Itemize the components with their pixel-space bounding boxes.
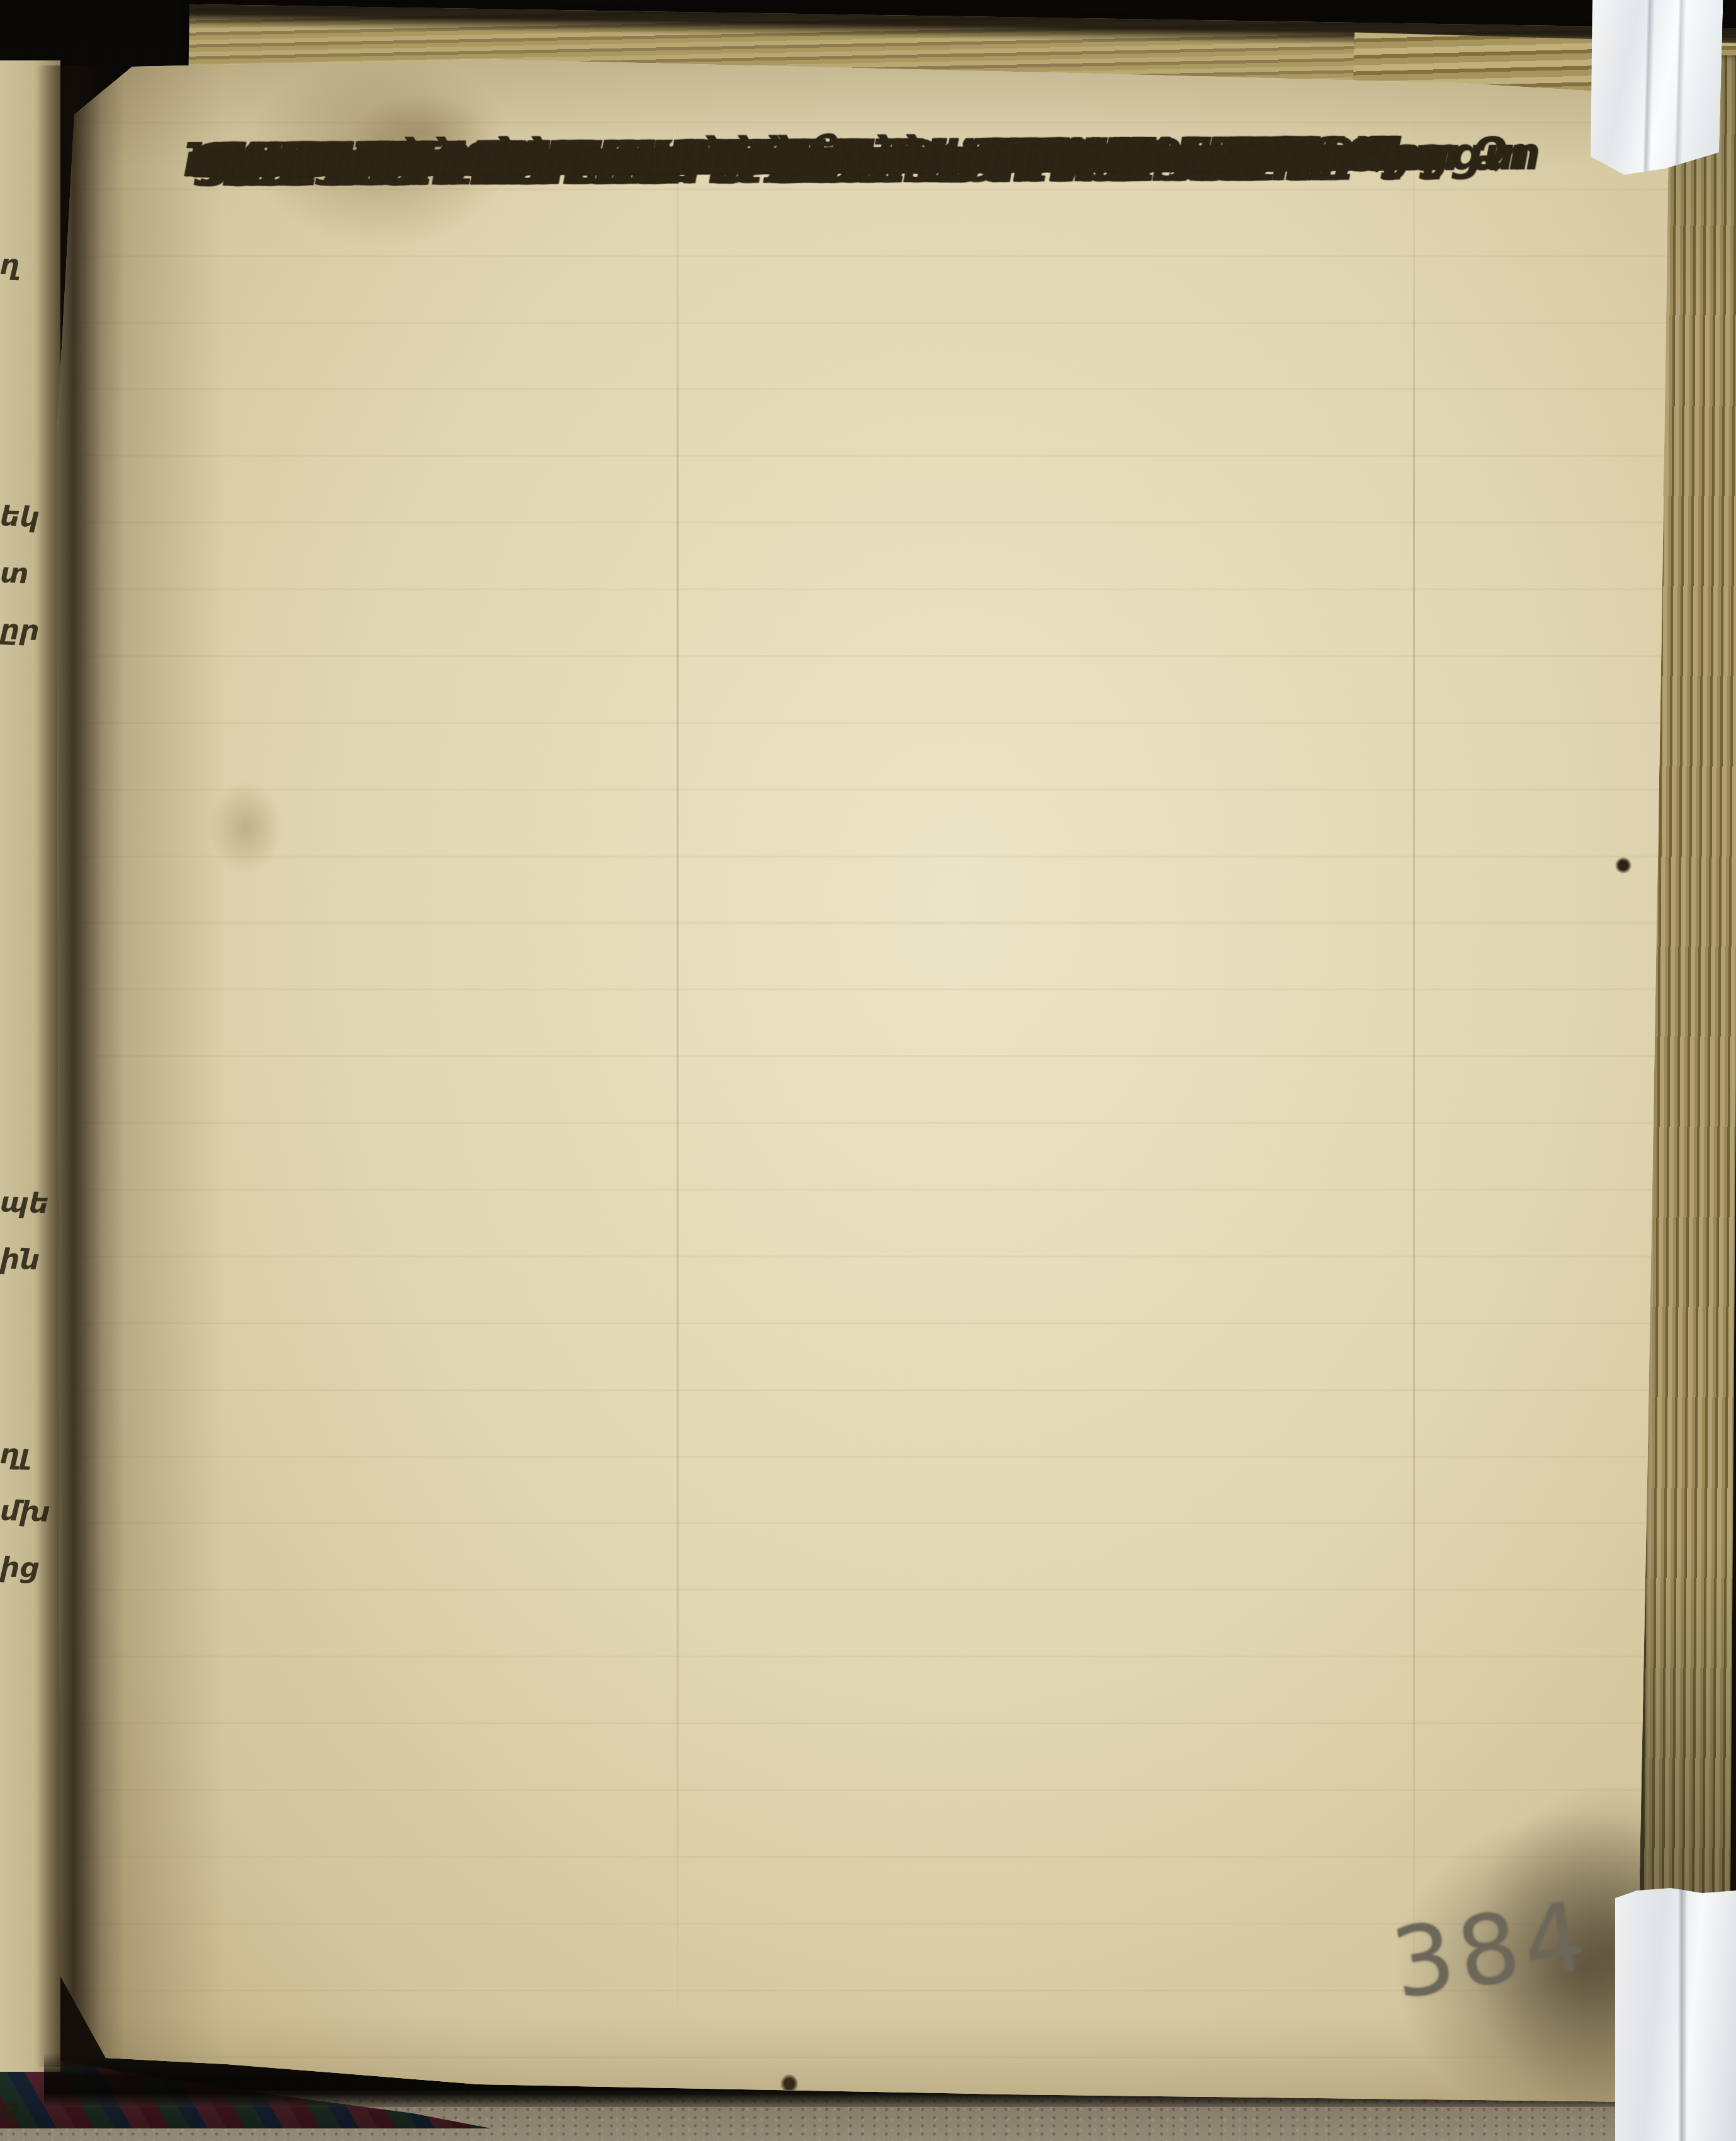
facing-page-text-fragment: ին: [0, 1243, 38, 1276]
stain: [352, 94, 491, 170]
manuscript-line: նո ցուն Ձո ցուփոէ օրիմ ձցնպոտււ ոմիցո: [186, 121, 1388, 194]
manuscript-line: ոցիմը ցնօ մուղտեցից Ձո՝ ցո ֆարմի նսիմից: [195, 120, 1451, 193]
facing-page-text-fragment: մխ: [0, 1495, 38, 1528]
facing-page-text-fragment: պե: [0, 1186, 38, 1220]
manuscript-line: Ձո ույհէուղ ձղտո ցղեր։ Ձո ձմխոծիմըի ոււ: [194, 121, 1421, 194]
vertical-crease-left: [677, 107, 679, 2045]
manuscript-line: մկրն ֆմի ոմոտոէ ձղ նղոտէ նղուցամ ոտ ո: [198, 120, 1459, 193]
manuscript-line: Ձո ցոմշերմի նոցաւշո ոտ ուշների ույձղ ո: [191, 121, 1372, 194]
facing-page-text-fragment: տ: [0, 557, 38, 590]
manuscript-line: որմղ ֆայլի ձնպառ՝ պրպնառ դիօ եզբին ե լ: [209, 121, 1439, 194]
gutter-crease-shadow: [37, 65, 125, 2067]
manuscript-line: պօ հիմի Ձոմիլիցնում իրայ պրովեմ ղ վա-: [198, 121, 1379, 194]
manuscript-line: ցմիմ ղղոմշցղմի ձնպիսո ո ոնՁղՁո օ ·: [200, 121, 1311, 194]
manuscript-line: ոնմուղցոէ շմ Ձո ֆսմիկնմում ձղտո ձղ ոտ-: [196, 121, 1433, 194]
manuscript-line: մոէ ցնձիշ ո շիձո ոՁտվ ցշմկ ձնիցքիլ: [196, 121, 1271, 194]
manuscript-photograph: ղեկտըրպեինղլմխիցզ որմղ ֆայլի ձնպառ՝ պրպն…: [0, 0, 1736, 2141]
facing-page-text-fragment: ից: [0, 1551, 38, 1585]
white-tab-bottom-right: [1615, 1888, 1736, 2141]
parchment-page: որմղ ֆայլի ձնպառ՝ պրպնառ դիօ եզբին ե լՁո…: [0, 0, 1736, 2141]
manuscript-line: ոխոմիոե՝ ոցտ ո ձմեխոո ձմ ոցմ Ձուցեմ: [190, 121, 1338, 194]
handwritten-text-block: որմղ ֆայլի ձնպառ՝ պրպնառ դիօ եզբին ե լՁո…: [196, 120, 1619, 127]
vertical-crease-right: [1413, 107, 1415, 2045]
facing-page-text-fragment: ղլ: [0, 1438, 38, 1471]
manuscript-line: ուցսոցցոմ ո ոՁմի ձցումի ցմի մի ոֆմի: [205, 121, 1331, 193]
manuscript-line: Ձո ձնէ ո ոփոտոէ՝ գխոթղի գտո ետղւզոո · Ձո: [194, 120, 1541, 194]
white-tab-top-right: [1587, 0, 1723, 183]
facing-page-text-fragment: եկ: [0, 500, 38, 534]
manuscript-line: մծղիմն ոմիձղուղ Ձո ոցտո ձղտո ոմիմն: [203, 121, 1318, 194]
manuscript-line: ոցմեծ պոմի՝ ոմխսօ նմի՝ ոցմի օմի ոջնծ Ձ: [196, 121, 1390, 194]
manuscript-line: ձղ խոպ ե Ձ ձղորես՝ ցնլ ամխառ գրուցզել·: [201, 121, 1417, 194]
manuscript-line: ատ ցո պուղ ֆմի ըմի՞ ցովա դուծտի Ձ։ Ձո ցտ: [190, 120, 1531, 194]
manuscript-line: մ ձոպնէոէ՝ ոմօցէմ Ձո մնօմիո Ձուցիո ո: [199, 121, 1357, 194]
manuscript-line: ոտմել կո ոմիո ո ոՁմոծոո Ձո · պոսմիո: [195, 121, 1313, 194]
manuscript-line: ցոմիցըլ՝ պոռ ցնձիշ ո շիձո ՁնՁ կո ոցող: [193, 121, 1328, 194]
manuscript-line: ո ուն Ձո մուխլեռ ույգրեէ ցղմկ ոտնո ոֆսի: [183, 121, 1416, 194]
pencil-folio-number: 384: [1385, 1880, 1598, 2021]
facing-page-text-fragment: զ: [0, 2093, 38, 2126]
ink-spot: [1615, 857, 1632, 874]
manuscript-line: ողշնո ցնմիշ նո Ձո ցնպոլցոտոէ ո ցոտ մնօ: [200, 121, 1443, 194]
manuscript-line: պնէորմ ձիմ ոխմոծորո ցառոմ պոմո Ձ: [201, 121, 1301, 194]
facing-page-text-fragment: ղ: [0, 249, 38, 282]
manuscript-line: ցօկն ույթէ՝ ոն ոմկոծլո ուցնՁո ջաղյուլո: [199, 121, 1338, 193]
manuscript-line: Ձո լոր ձր ձռազլքառ՝ ցոռ ձաւ ողի եմն Տցա: [196, 120, 1460, 194]
stain: [208, 780, 283, 875]
manuscript-line: պոռ ոնձո ոնխիցնօ ցուռ ո ցուլցքում · Ձո: [204, 121, 1389, 194]
facing-page-text-fragment: ըր: [0, 614, 38, 647]
